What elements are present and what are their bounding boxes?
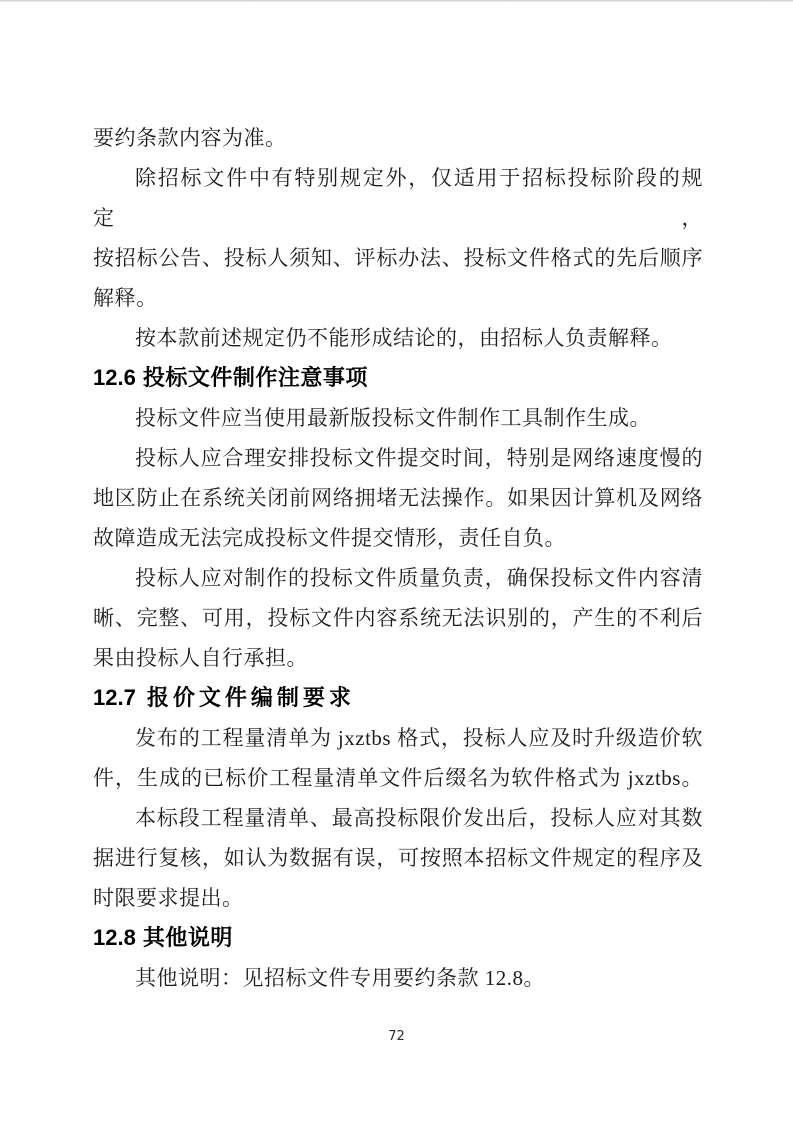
paragraph: 其他说明：见招标文件专用要约条款 12.8。 [93,958,703,998]
text-line: 除招标文件中有特别规定外，仅适用于招标投标阶段的规定， [93,158,703,238]
text-line: 要约条款内容为准。 [93,118,703,158]
text-line: 投标人应对制作的投标文件质量负责，确保投标文件内容清 [93,558,703,598]
paragraph: 投标文件应当使用最新版投标文件制作工具制作生成。 [93,398,703,438]
paragraph: 按本款前述规定仍不能形成结论的，由招标人负责解释。 [93,318,703,358]
text-line: 按本款前述规定仍不能形成结论的，由招标人负责解释。 [93,318,703,358]
text-line: 投标文件应当使用最新版投标文件制作工具制作生成。 [93,398,703,438]
document-page: 要约条款内容为准。除招标文件中有特别规定外，仅适用于招标投标阶段的规定，按招标公… [0,0,793,1122]
text-line: 其他说明：见招标文件专用要约条款 12.8。 [93,958,703,998]
section-heading: 12.6投标文件制作注意事项 [93,358,703,398]
section-heading: 12.8其他说明 [93,918,703,958]
section-number: 12.8 [93,925,136,950]
section-title: 报价文件编制要求 [147,685,355,710]
section-number: 12.7 [93,685,136,710]
paragraph: 除招标文件中有特别规定外，仅适用于招标投标阶段的规定，按招标公告、投标人须知、评… [93,158,703,318]
page-number: 72 [388,1029,405,1044]
paragraph: 要约条款内容为准。 [93,118,703,158]
section-title: 其他说明 [143,925,233,950]
text-line: 件，生成的已标价工程量清单文件后缀名为软件格式为 jxztbs。 [93,758,703,798]
page-top-scan-edge [0,0,793,2]
document-body: 要约条款内容为准。除招标文件中有特别规定外，仅适用于招标投标阶段的规定，按招标公… [93,118,703,998]
paragraph: 投标人应合理安排投标文件提交时间，特别是网络速度慢的地区防止在系统关闭前网络拥堵… [93,438,703,558]
page-footer: 72 [0,1028,793,1046]
text-line: 按招标公告、投标人须知、评标办法、投标文件格式的先后顺序 [93,238,703,278]
text-line: 时限要求提出。 [93,878,703,918]
section-heading: 12.7报价文件编制要求 [93,678,703,718]
text-line: 晰、完整、可用，投标文件内容系统无法识别的，产生的不利后 [93,598,703,638]
text-line: 本标段工程量清单、最高投标限价发出后，投标人应对其数 [93,798,703,838]
text-line: 果由投标人自行承担。 [93,638,703,678]
paragraph: 发布的工程量清单为 jxztbs 格式，投标人应及时升级造价软件，生成的已标价工… [93,718,703,798]
text-line: 解释。 [93,278,703,318]
text-line: 据进行复核，如认为数据有误，可按照本招标文件规定的程序及 [93,838,703,878]
section-title: 投标文件制作注意事项 [143,365,368,390]
text-line: 地区防止在系统关闭前网络拥堵无法操作。如果因计算机及网络 [93,478,703,518]
section-number: 12.6 [93,365,136,390]
paragraph: 本标段工程量清单、最高投标限价发出后，投标人应对其数据进行复核，如认为数据有误，… [93,798,703,918]
text-line: 故障造成无法完成投标文件提交情形，责任自负。 [93,518,703,558]
text-line: 发布的工程量清单为 jxztbs 格式，投标人应及时升级造价软 [93,718,703,758]
paragraph: 投标人应对制作的投标文件质量负责，确保投标文件内容清晰、完整、可用，投标文件内容… [93,558,703,678]
text-line: 投标人应合理安排投标文件提交时间，特别是网络速度慢的 [93,438,703,478]
